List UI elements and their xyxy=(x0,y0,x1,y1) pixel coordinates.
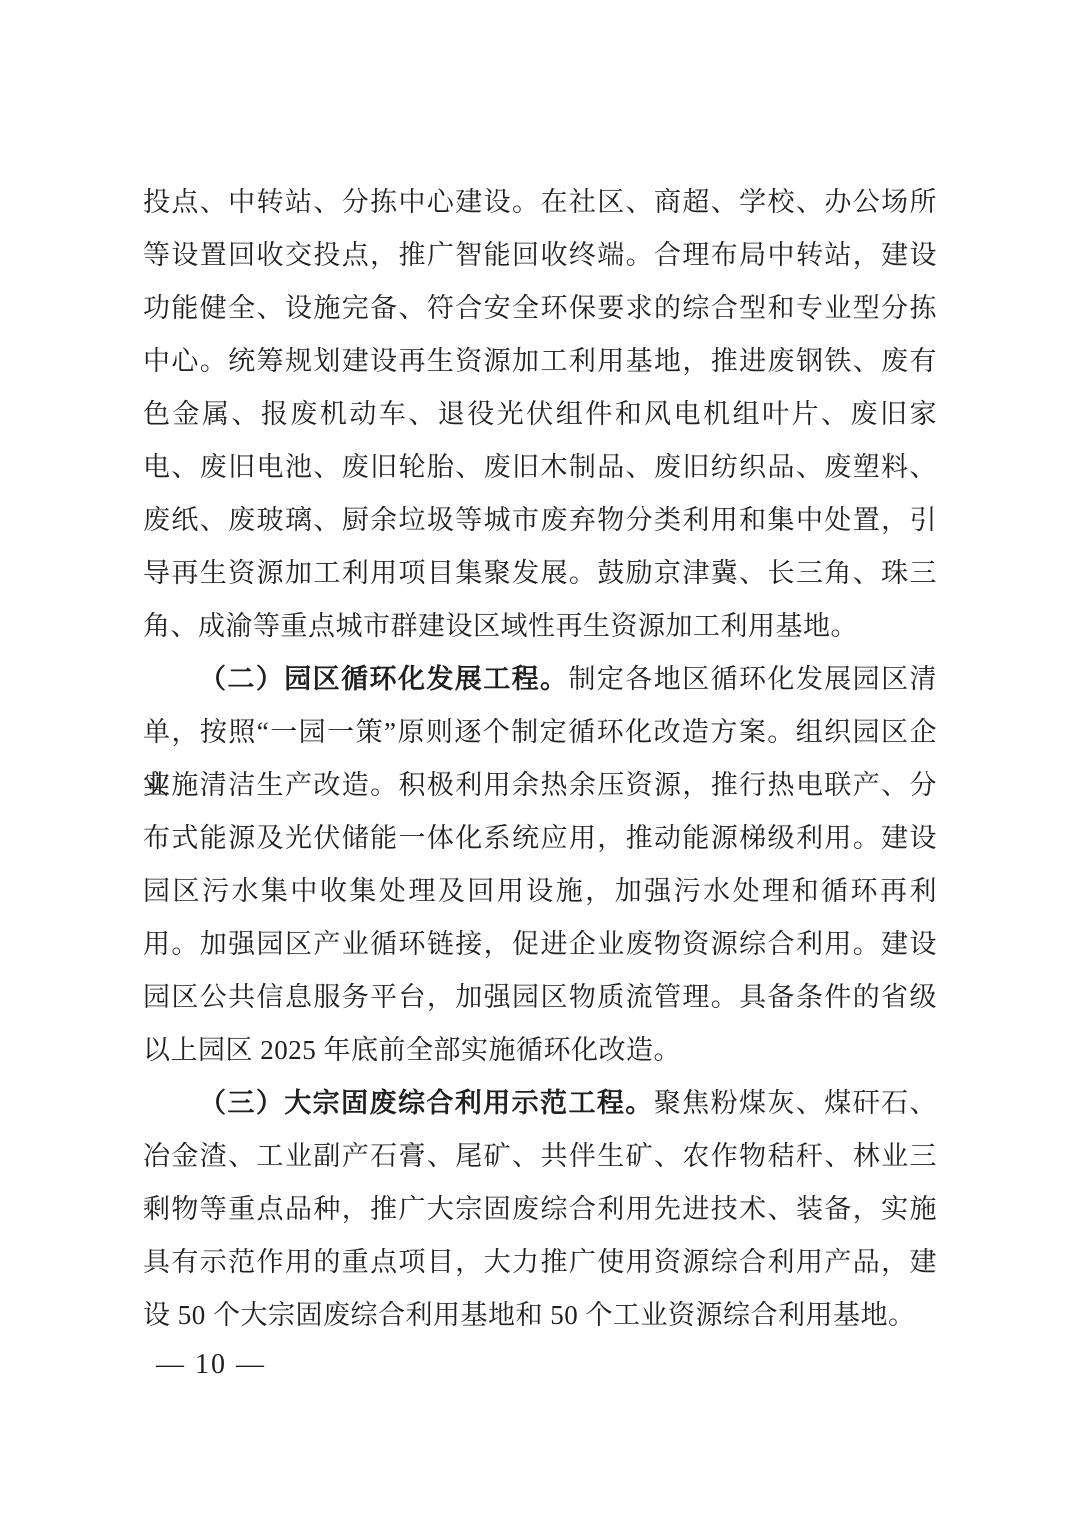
text-segment: 功能健全、设施完备、符合安全环保要求的综合型和专业型分拣 xyxy=(143,293,937,323)
text-segment: 园区污水集中收集处理及回用设施，加强污水处理和循环再利 xyxy=(143,876,937,906)
text-segment: 导再生资源加工利用项目集聚发展。鼓励京津冀、长三角、珠三 xyxy=(143,558,937,588)
text-segment: 等设置回收交投点，推广智能回收终端。合理布局中转站，建设 xyxy=(143,240,937,270)
text-line: 具有示范作用的重点项目，大力推广使用资源综合利用产品，建 xyxy=(143,1236,937,1289)
text-segment: 布式能源及光伏储能一体化系统应用，推动能源梯级利用。建设 xyxy=(143,823,937,853)
text-segment: 冶金渣、工业副产石膏、尾矿、共伴生矿、农作物秸秆、林业三 xyxy=(143,1141,937,1171)
text-line: 导再生资源加工利用项目集聚发展。鼓励京津冀、长三角、珠三 xyxy=(143,547,937,600)
text-line: 设 50 个大宗固废综合利用基地和 50 个工业资源综合利用基地。 xyxy=(143,1289,937,1342)
text-line: 以上园区 2025 年底前全部实施循环化改造。 xyxy=(143,1024,937,1077)
section-heading: （二）园区循环化发展工程。 xyxy=(199,664,568,694)
text-segment: 中心。统筹规划建设再生资源加工利用基地，推进废钢铁、废有 xyxy=(143,346,937,376)
text-line: 废纸、废玻璃、厨余垃圾等城市废弃物分类利用和集中处置，引 xyxy=(143,494,937,547)
text-segment: 剩物等重点品种，推广大宗固废综合利用先进技术、装备，实施 xyxy=(143,1194,937,1224)
text-segment: 聚焦粉煤灰、煤矸石、 xyxy=(654,1088,937,1118)
text-line: 角、成渝等重点城市群建设区域性再生资源加工利用基地。 xyxy=(143,600,937,653)
text-line: 实施清洁生产改造。积极利用余热余压资源，推行热电联产、分 xyxy=(143,759,937,812)
text-line: 冶金渣、工业副产石膏、尾矿、共伴生矿、农作物秸秆、林业三 xyxy=(143,1130,937,1183)
text-segment: 具有示范作用的重点项目，大力推广使用资源综合利用产品，建 xyxy=(143,1247,937,1277)
text-segment: 角、成渝等重点城市群建设区域性再生资源加工利用基地。 xyxy=(143,611,858,641)
text-line: 布式能源及光伏储能一体化系统应用，推动能源梯级利用。建设 xyxy=(143,812,937,865)
body-text: 投点、中转站、分拣中心建设。在社区、商超、学校、办公场所等设置回收交投点，推广智… xyxy=(143,176,937,1342)
section-heading: （三）大宗固废综合利用示范工程。 xyxy=(199,1088,654,1118)
text-line: 园区公共信息服务平台，加强园区物质流管理。具备条件的省级 xyxy=(143,971,937,1024)
text-segment: 投点、中转站、分拣中心建设。在社区、商超、学校、办公场所 xyxy=(143,187,937,217)
text-segment: 色金属、报废机动车、退役光伏组件和风电机组叶片、废旧家 xyxy=(143,399,937,429)
text-line: （三）大宗固废综合利用示范工程。聚焦粉煤灰、煤矸石、 xyxy=(143,1077,937,1130)
text-line: 功能健全、设施完备、符合安全环保要求的综合型和专业型分拣 xyxy=(143,282,937,335)
text-segment: 用。加强园区产业循环链接，促进企业废物资源综合利用。建设 xyxy=(143,929,937,959)
page-number: — 10 — xyxy=(156,1344,266,1386)
text-line: 剩物等重点品种，推广大宗固废综合利用先进技术、装备，实施 xyxy=(143,1183,937,1236)
text-segment: 制定各地区循环化发展园区清 xyxy=(568,664,937,694)
text-line: 用。加强园区产业循环链接，促进企业废物资源综合利用。建设 xyxy=(143,918,937,971)
text-segment: 电、废旧电池、废旧轮胎、废旧木制品、废旧纺织品、废塑料、 xyxy=(143,452,937,482)
text-line: 色金属、报废机动车、退役光伏组件和风电机组叶片、废旧家 xyxy=(143,388,937,441)
document-page: 投点、中转站、分拣中心建设。在社区、商超、学校、办公场所等设置回收交投点，推广智… xyxy=(0,0,1074,1520)
text-line: （二）园区循环化发展工程。制定各地区循环化发展园区清 xyxy=(143,653,937,706)
text-segment: 废纸、废玻璃、厨余垃圾等城市废弃物分类利用和集中处置，引 xyxy=(143,505,937,535)
text-line: 中心。统筹规划建设再生资源加工利用基地，推进废钢铁、废有 xyxy=(143,335,937,388)
text-segment: 以上园区 2025 年底前全部实施循环化改造。 xyxy=(143,1035,681,1065)
text-segment: 实施清洁生产改造。积极利用余热余压资源，推行热电联产、分 xyxy=(143,770,937,800)
text-line: 投点、中转站、分拣中心建设。在社区、商超、学校、办公场所 xyxy=(143,176,937,229)
text-segment: 园区公共信息服务平台，加强园区物质流管理。具备条件的省级 xyxy=(143,982,937,1012)
text-line: 电、废旧电池、废旧轮胎、废旧木制品、废旧纺织品、废塑料、 xyxy=(143,441,937,494)
text-line: 园区污水集中收集处理及回用设施，加强污水处理和循环再利 xyxy=(143,865,937,918)
text-segment: 设 50 个大宗固废综合利用基地和 50 个工业资源综合利用基地。 xyxy=(143,1300,916,1330)
text-line: 单，按照“一园一策”原则逐个制定循环化改造方案。组织园区企业 xyxy=(143,706,937,759)
text-line: 等设置回收交投点，推广智能回收终端。合理布局中转站，建设 xyxy=(143,229,937,282)
